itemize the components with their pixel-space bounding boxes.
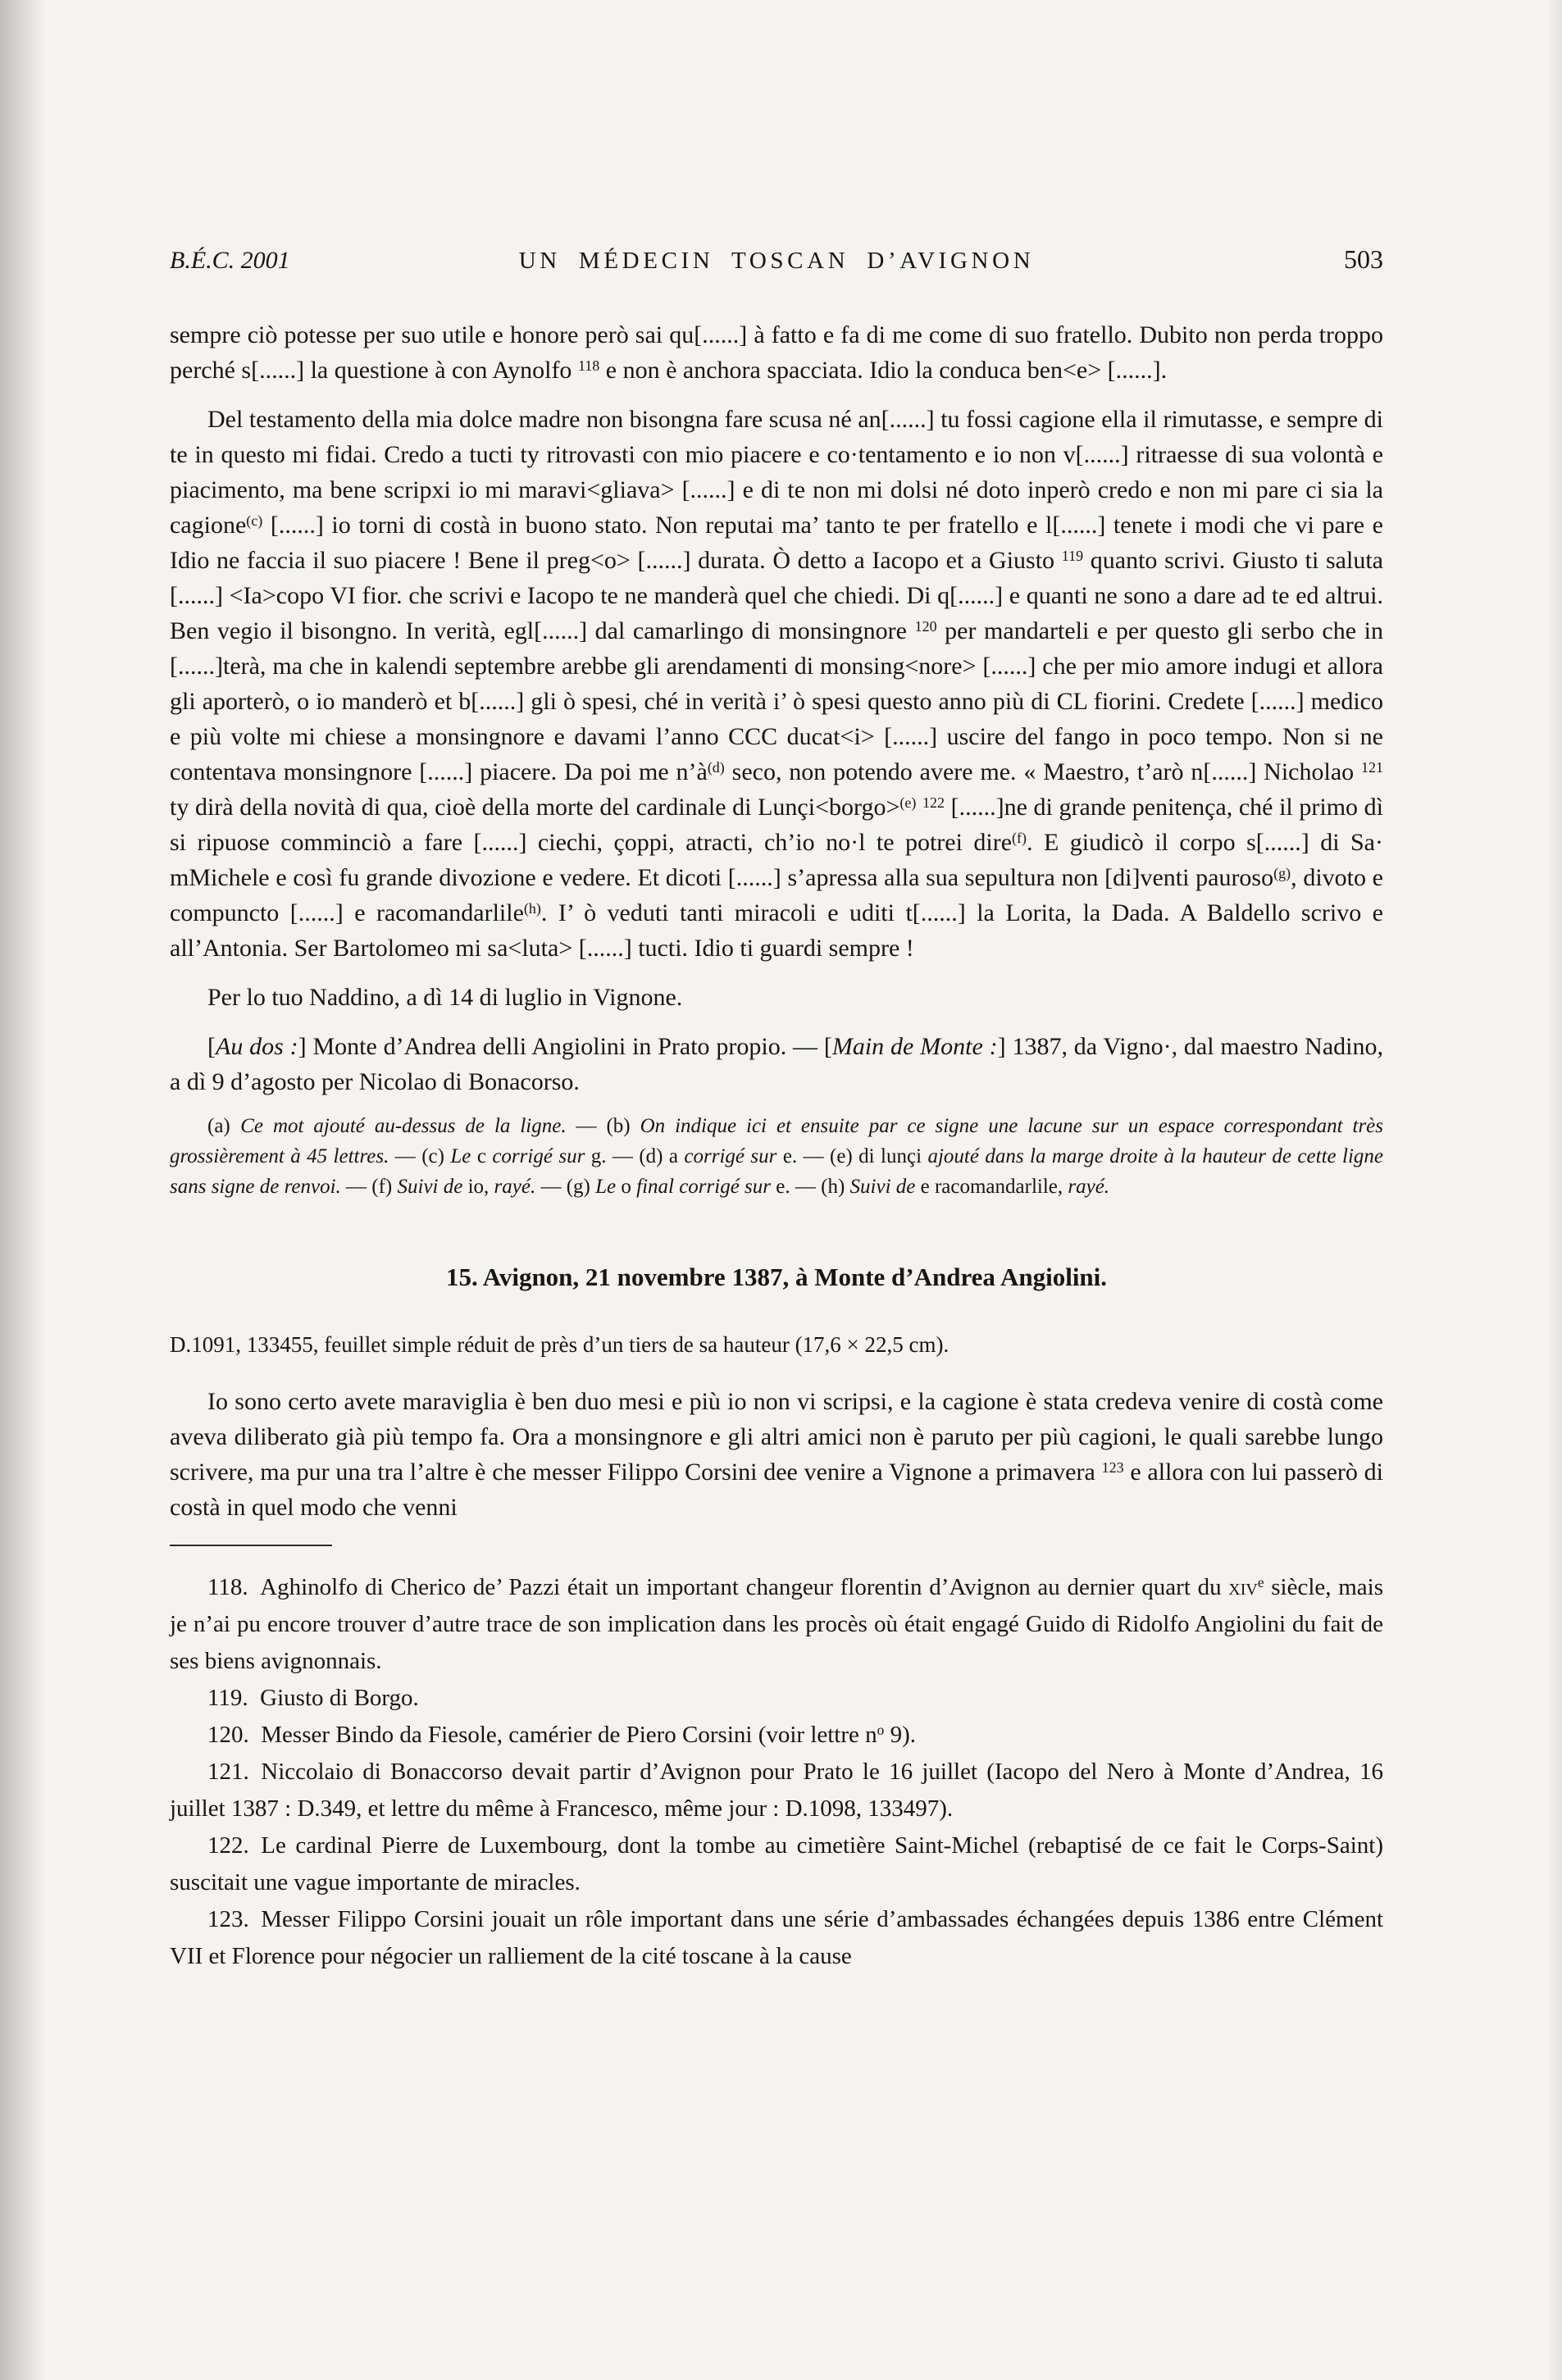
footnote-121: 121. Niccolaio di Bonaccorso devait part… bbox=[170, 1754, 1383, 1827]
letter-15-source-note: D.1091, 133455, feuillet simple réduit d… bbox=[170, 1330, 1383, 1359]
footnote-separator-rule bbox=[170, 1545, 332, 1546]
critical-apparatus: (a) Ce mot ajouté au-dessus de la ligne.… bbox=[170, 1111, 1383, 1202]
letter-14-signature-line: Per lo tuo Naddino, a dì 14 di luglio in… bbox=[170, 980, 1383, 1015]
footnote-119: 119. Giusto di Borgo. bbox=[170, 1680, 1383, 1717]
letter-15: 15. Avignon, 21 novembre 1387, à Monte d… bbox=[170, 1263, 1383, 1525]
letter-14-paragraph-1: sempre ciò potesse per suo utile e honor… bbox=[170, 317, 1383, 388]
running-title: UN MÉDECIN TOSCAN D’AVIGNON bbox=[519, 248, 1035, 275]
letter-14-address-line: [Au dos :] Monte d’Andrea delli Angiolin… bbox=[170, 1029, 1383, 1099]
letter-15-paragraph-1: Io sono certo avete maraviglia è ben duo… bbox=[170, 1384, 1383, 1525]
letter-14-transcription: sempre ciò potesse per suo utile e honor… bbox=[170, 317, 1383, 1099]
scan-edge-shade bbox=[1547, 0, 1562, 2380]
letter-15-heading: 15. Avignon, 21 novembre 1387, à Monte d… bbox=[170, 1263, 1383, 1292]
text-block: B.É.C. 2001 UN MÉDECIN TOSCAN D’AVIGNON … bbox=[170, 0, 1383, 1975]
journal-reference: B.É.C. 2001 bbox=[170, 247, 290, 275]
page-number: 503 bbox=[1344, 244, 1383, 275]
critical-apparatus-notes: (a) Ce mot ajouté au-dessus de la ligne.… bbox=[170, 1111, 1383, 1202]
scan-gutter-shadow bbox=[0, 0, 45, 2380]
journal-page: B.É.C. 2001 UN MÉDECIN TOSCAN D’AVIGNON … bbox=[0, 0, 1562, 2380]
footnote-123: 123. Messer Filippo Corsini jouait un rô… bbox=[170, 1901, 1383, 1975]
footnote-120: 120. Messer Bindo da Fiesole, camérier d… bbox=[170, 1717, 1383, 1754]
running-head: B.É.C. 2001 UN MÉDECIN TOSCAN D’AVIGNON … bbox=[170, 244, 1383, 275]
footnote-122: 122. Le cardinal Pierre de Luxembourg, d… bbox=[170, 1827, 1383, 1901]
footnotes: 118. Aghinolfo di Cherico de’ Pazzi étai… bbox=[170, 1569, 1383, 1975]
footnote-118: 118. Aghinolfo di Cherico de’ Pazzi étai… bbox=[170, 1569, 1383, 1680]
letter-14-paragraph-2: Del testamento della mia dolce madre non… bbox=[170, 402, 1383, 966]
